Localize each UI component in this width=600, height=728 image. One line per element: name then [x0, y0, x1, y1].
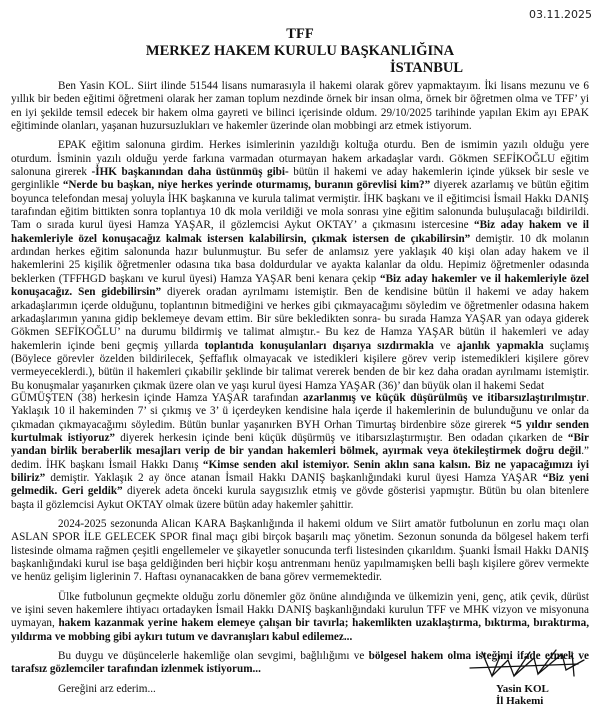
- body-text: demiştir. Yaklaşık 2 ay önce atanan İsma…: [45, 472, 543, 484]
- emphasized-text: -İHK başkanından daha üstünmüş gibi-: [92, 166, 289, 178]
- signature-title: İl Hakemi: [496, 695, 543, 707]
- emphasized-text: hakem kazanmak yerine hakem elemeye çalı…: [11, 617, 589, 642]
- letter-date: 03.11.2025: [529, 8, 592, 21]
- body-text: ve: [434, 340, 457, 352]
- emphasized-text: ajanlık yapmakla: [457, 340, 544, 352]
- letter-page: 03.11.2025 TFF MERKEZ HAKEM KURULU BAŞKA…: [0, 0, 600, 728]
- body-text: Gereğini arz ederim...: [58, 683, 156, 695]
- header-line-3: İSTANBUL: [390, 60, 463, 77]
- paragraph-epak-continued: GÜMÜŞTEN (38) herkesin içinde Hamza YAŞA…: [11, 392, 589, 512]
- body-text: Bu duygu ve düşüncelerle hakemliğe olan …: [58, 650, 369, 662]
- signature-scribble: [468, 646, 588, 686]
- letter-body: Ben Yasin KOL. Siirt ilinde 51544 lisans…: [11, 80, 589, 702]
- letter-header: TFF MERKEZ HAKEM KURULU BAŞKANLIĞINA İST…: [0, 26, 600, 60]
- emphasized-text: toplantıda konuşulanları dışarıya sızdır…: [205, 340, 434, 352]
- paragraph-intro: Ben Yasin KOL. Siirt ilinde 51544 lisans…: [11, 80, 589, 133]
- signature-name: Yasin KOL: [496, 683, 549, 695]
- paragraph-epak: EPAK eğitim salonuna girdim. Herkes isim…: [11, 139, 589, 393]
- body-text: diyerek herkesin içinde beni küçük düşür…: [115, 432, 568, 444]
- header-line-2: MERKEZ HAKEM KURULU BAŞKANLIĞINA: [0, 43, 600, 60]
- body-text: GÜMÜŞTEN (38) herkesin içinde Hamza YAŞA…: [11, 392, 303, 404]
- paragraph-season: 2024-2025 sezonunda Alican KARA Başkanlı…: [11, 518, 589, 585]
- emphasized-text: “Nerde bu başkan, niye herkes yerinde ot…: [63, 179, 430, 191]
- body-text: 2024-2025 sezonunda Alican KARA Başkanlı…: [11, 518, 589, 583]
- paragraph-complaint: Ülke futbolunun geçmekte olduğu zorlu dö…: [11, 591, 589, 644]
- body-text: Ben Yasin KOL. Siirt ilinde 51544 lisans…: [11, 80, 589, 132]
- emphasized-text: azarlanmış ve küçük düşürülmüş ve itibar…: [303, 392, 586, 404]
- header-line-1: TFF: [0, 26, 600, 43]
